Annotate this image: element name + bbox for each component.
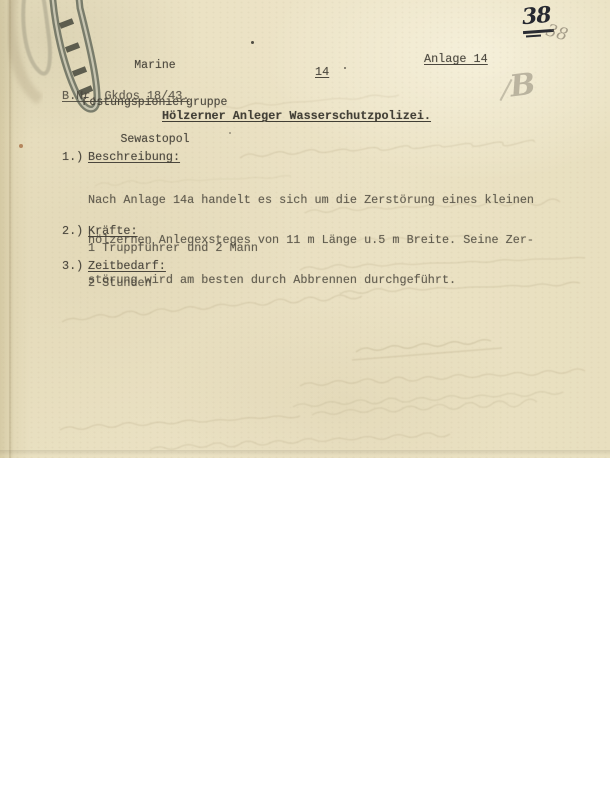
rust-stain <box>19 144 23 148</box>
ink-speck <box>229 132 231 134</box>
scanned-document: Marine Festungspioniergruppe Sewastopol … <box>0 0 610 800</box>
ink-speck <box>251 41 254 44</box>
section-1-number: 1.) <box>62 151 83 164</box>
document-page: Marine Festungspioniergruppe Sewastopol … <box>0 0 610 458</box>
body-line: Nach Anlage 14a handelt es sich um die Z… <box>88 194 534 207</box>
section-2-body: 1 Truppführer und 2 Mann <box>88 242 258 255</box>
page-number: 14 <box>315 66 329 79</box>
section-3-number: 3.) <box>62 260 83 273</box>
archive-number-underline-2 <box>526 34 541 37</box>
section-3-body: 2 Stunden <box>88 277 152 290</box>
section-1-heading: Beschreibung: <box>88 151 180 164</box>
paper-edge-crease <box>9 0 11 458</box>
reference-number: B.Nr. Gkdos 18/43. <box>62 90 189 103</box>
paper-edge-shadow <box>0 450 610 458</box>
section-2-number: 2.) <box>62 225 83 238</box>
document-title: Hölzerner Anleger Wasserschutzpolizei. <box>162 110 431 123</box>
section-3-heading: Zeitbedarf: <box>88 260 166 273</box>
pencil-archive-number: 38 <box>544 20 570 45</box>
letterhead-line-unit: Marine <box>55 60 255 72</box>
pencil-initial: B <box>508 67 537 105</box>
ink-speck <box>344 67 346 69</box>
body-line: störung wird am besten durch Abbrennen d… <box>88 274 534 287</box>
section-2-heading: Kräfte: <box>88 225 138 238</box>
letterhead-line-place: Sewastopol <box>55 134 255 146</box>
scan-background <box>0 458 610 800</box>
annex-label: Anlage 14 <box>424 53 488 66</box>
